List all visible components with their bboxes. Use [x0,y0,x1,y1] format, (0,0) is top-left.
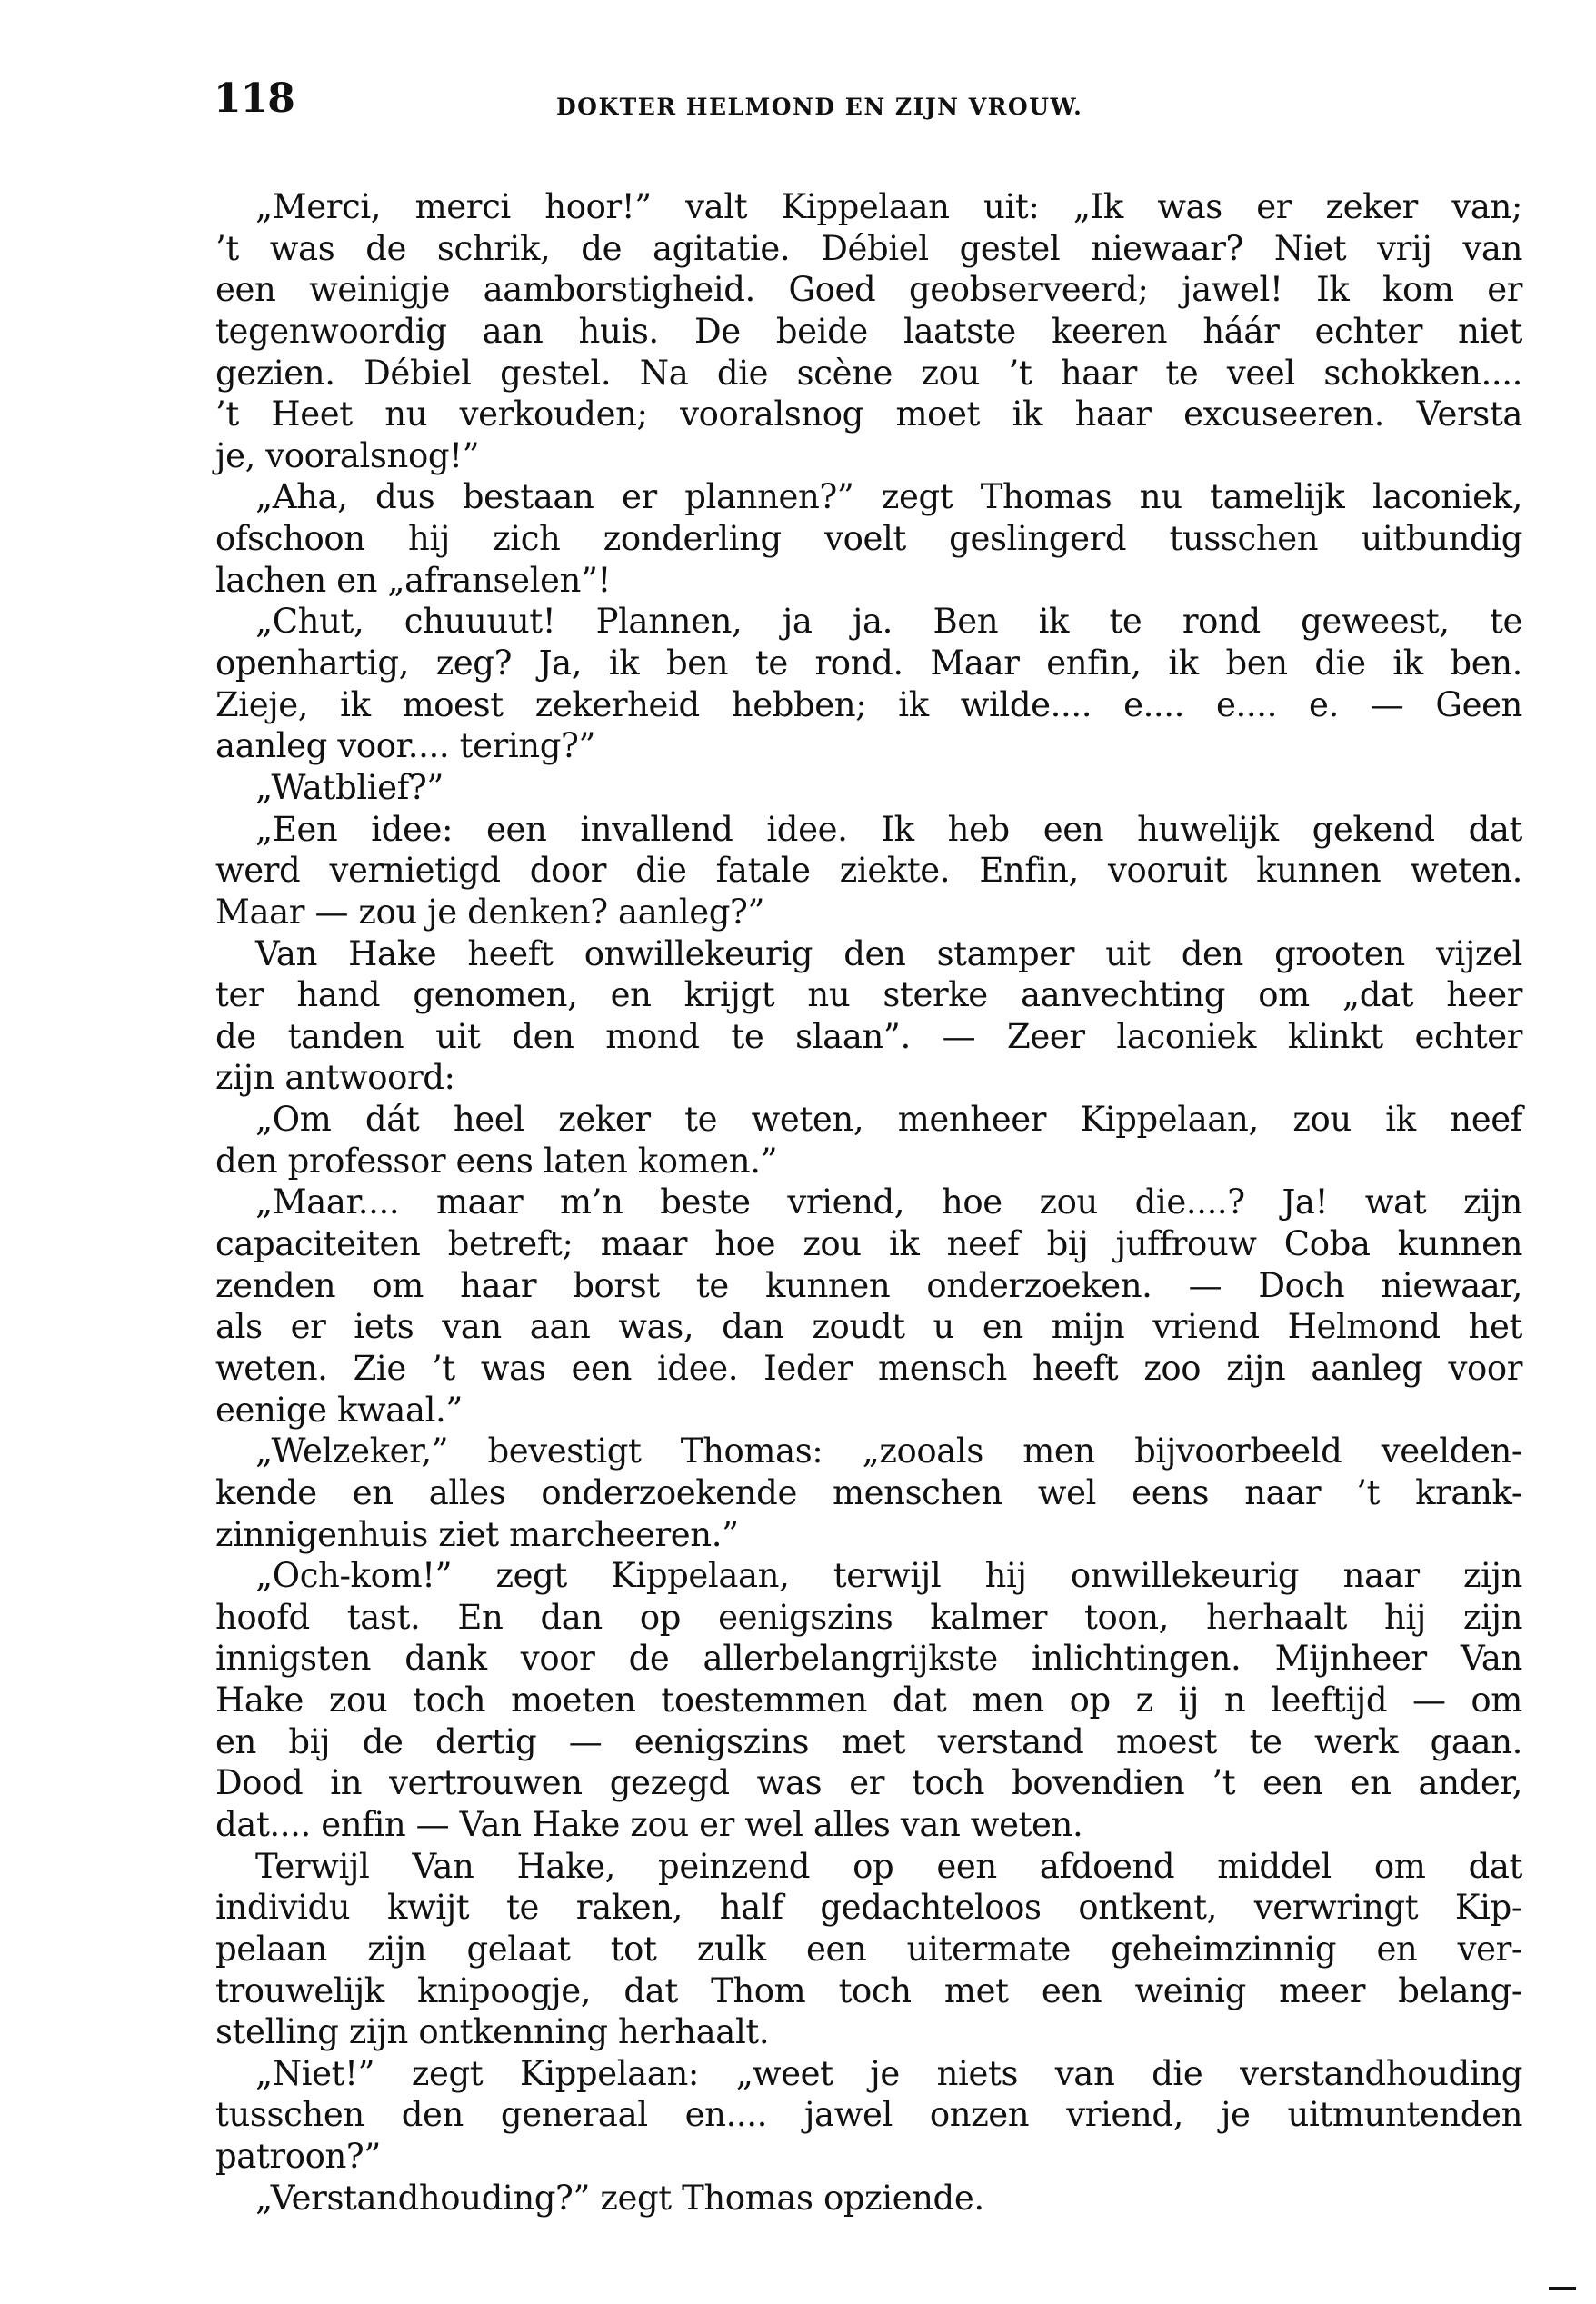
text-line: capaciteiten betreft; maar hoe zou ik ne… [215,1223,1522,1265]
text-line: „Maar.... maar m’n beste vriend, hoe zou… [215,1182,1522,1223]
text-line: „Verstandhouding?” zegt Thomas opziende. [215,2178,1522,2219]
text-line: ofschoon hij zich zonderling voelt gesli… [215,518,1522,560]
text-line: tegenwoordig aan huis. De beide laatste … [215,311,1522,353]
text-line: stelling zijn ontkenning herhaalt. [215,2011,1522,2053]
text-line: innigsten dank voor de allerbelangrijkst… [215,1638,1522,1680]
text-line: trouwelijk knipoogje, dat Thom toch met … [215,1970,1522,2012]
body-text: „Merci, merci hoor!” valt Kippelaan uit:… [215,186,1522,2219]
text-line: „Watblief?” [215,767,1522,809]
text-line: hoofd tast. En dan op eenigszins kalmer … [215,1597,1522,1639]
text-line: patroon?” [215,2136,1522,2178]
page-number: 118 [214,76,294,122]
text-line: Van Hake heeft onwillekeurig den stamper… [215,933,1522,975]
text-line: openhartig, zeg? Ja, ik ben te rond. Maa… [215,643,1522,684]
text-line: Maar — zou je denken? aanleg?” [215,892,1522,933]
text-line: je, vooralsnog!” [215,435,1522,477]
text-line: als er iets van aan was, dan zoudt u en … [215,1306,1522,1348]
text-line: „Niet!” zegt Kippelaan: „weet je niets v… [215,2053,1522,2095]
text-line: zinnigenhuis ziet marcheeren.” [215,1514,1522,1556]
text-line: „Om dát heel zeker te weten, menheer Kip… [215,1099,1522,1141]
scan-artifact-mark [1549,2287,1576,2290]
text-line: pelaan zijn gelaat tot zulk een uitermat… [215,1929,1522,1970]
text-line: „Welzeker,” bevestigt Thomas: „zooals me… [215,1431,1522,1472]
text-line: de tanden uit den mond te slaan”. — Zeer… [215,1016,1522,1058]
text-line: dat.... enfin — Van Hake zou er wel alle… [215,1804,1522,1846]
running-title: DOKTER HELMOND EN ZIJN VROUW. [556,95,1082,120]
text-line: den professor eens laten komen.” [215,1141,1522,1182]
text-line: „Chut, chuuuut! Plannen, ja ja. Ben ik t… [215,601,1522,643]
text-line: Dood in vertrouwen gezegd was er toch bo… [215,1762,1522,1804]
text-line: Zieje, ik moest zekerheid hebben; ik wil… [215,684,1522,726]
text-line: „Een idee: een invallend idee. Ik heb ee… [215,809,1522,851]
text-line: gezien. Débiel gestel. Na die scène zou … [215,353,1522,394]
text-line: en bij de dertig — eenigszins met versta… [215,1721,1522,1763]
text-line: Hake zou toch moeten toestemmen dat men … [215,1680,1522,1721]
text-line: aanleg voor.... tering?” [215,725,1522,767]
text-line: ’t Heet nu verkouden; vooralsnog moet ik… [215,394,1522,435]
text-line: „Och-kom!” zegt Kippelaan, terwijl hij o… [215,1555,1522,1597]
text-line: weten. Zie ’t was een idee. Ieder mensch… [215,1348,1522,1390]
text-line: werd vernietigd door die fatale ziekte. … [215,850,1522,892]
text-line: een weinigje aamborstigheid. Goed geobse… [215,269,1522,311]
text-line: ’t was de schrik, de agitatie. Débiel ge… [215,228,1522,270]
text-line: Terwijl Van Hake, peinzend op een afdoen… [215,1846,1522,1888]
text-line: zijn antwoord: [215,1057,1522,1099]
text-line: lachen en „afranselen”! [215,560,1522,602]
text-line: tusschen den generaal en.... jawel onzen… [215,2094,1522,2136]
text-line: individu kwijt te raken, half gedachtelo… [215,1887,1522,1929]
text-line: ter hand genomen, en krijgt nu sterke aa… [215,974,1522,1016]
text-line: eenige kwaal.” [215,1390,1522,1431]
text-line: kende en alles onderzoekende menschen we… [215,1472,1522,1514]
text-line: „Merci, merci hoor!” valt Kippelaan uit:… [215,186,1522,228]
text-line: „Aha, dus bestaan er plannen?” zegt Thom… [215,476,1522,518]
text-line: zenden om haar borst te kunnen onderzoek… [215,1265,1522,1307]
